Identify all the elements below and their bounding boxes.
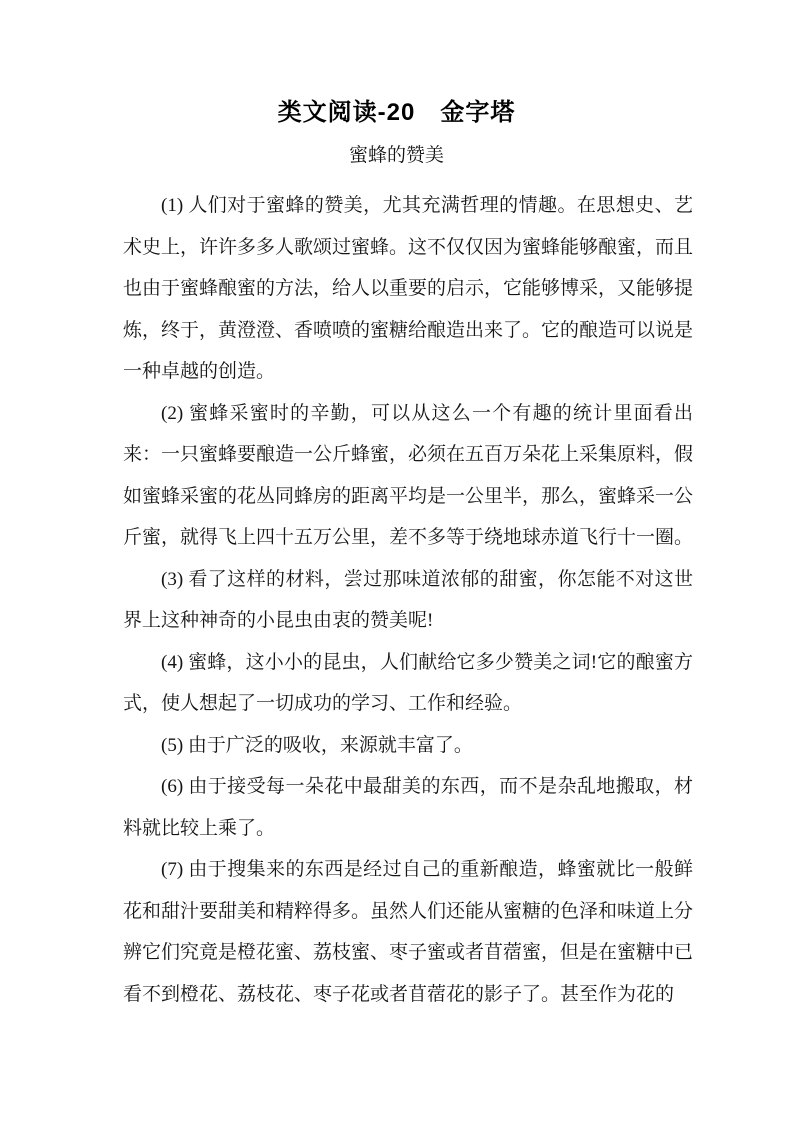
document-page: 类文阅读-20 金字塔 蜜蜂的赞美 (1) 人们对于蜜蜂的赞美，尤其充满哲理的情… <box>0 0 793 1122</box>
paragraph-6: (6) 由于接受每一朵花中最甜美的东西，而不是杂乱地搬取，材料就比较上乘了。 <box>123 766 693 849</box>
document-title: 类文阅读-20 金字塔 <box>0 99 793 126</box>
paragraph-7: (7) 由于搜集来的东西是经过自己的重新酿造，蜂蜜就比一般鲜花和甜汁要甜美和精粹… <box>123 849 693 1015</box>
paragraph-4: (4) 蜜蜂，这小小的昆虫，人们献给它多少赞美之词!它的酿蜜方式，使人想起了一切… <box>123 642 693 725</box>
paragraph-3: (3) 看了这样的材料，尝过那味道浓郁的甜蜜，你怎能不对这世界上这种神奇的小昆虫… <box>123 559 693 642</box>
paragraph-1: (1) 人们对于蜜蜂的赞美，尤其充满哲理的情趣。在思想史、艺术史上，许许多多人歌… <box>123 185 693 393</box>
article-title: 蜜蜂的赞美 <box>0 145 793 167</box>
paragraph-2: (2) 蜜蜂采蜜时的辛勤，可以从这么一个有趣的统计里面看出来：一只蜜蜂要酿造一公… <box>123 393 693 559</box>
article-body: (1) 人们对于蜜蜂的赞美，尤其充满哲理的情趣。在思想史、艺术史上，许许多多人歌… <box>123 185 693 1015</box>
paragraph-5: (5) 由于广泛的吸收，来源就丰富了。 <box>123 725 693 767</box>
